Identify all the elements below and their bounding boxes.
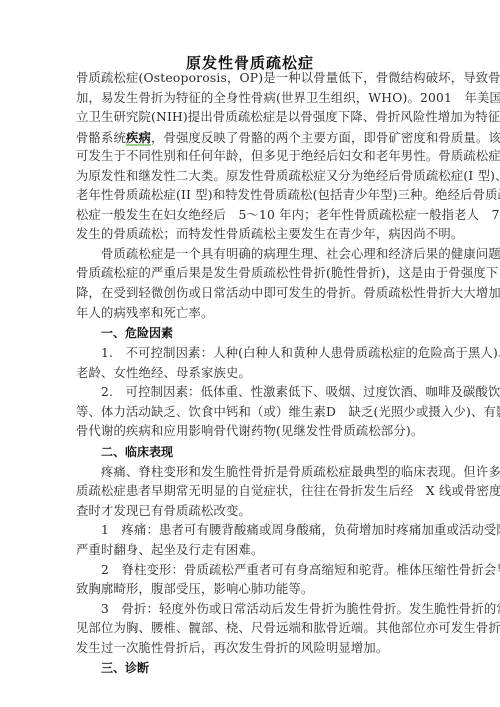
emphasized-word: 疾病	[126, 130, 151, 145]
document-body: 骨质疏松症(Osteoporosis，OP)是一种以骨量低下，骨微结构破坏，导致…	[76, 69, 428, 679]
intro-line-9: 发生的骨质疏松；而特发性骨质疏松主要发生在青少年，病因尚不明。	[76, 225, 428, 245]
risk-item-1-line-2: 老龄、女性绝经、母系家族史。	[76, 364, 428, 384]
intro-line-8: 松症一般发生在妇女绝经后 5～10 年内；老年性骨质疏松症一般指老人 70 岁后	[76, 206, 428, 226]
intro-line-4-prefix: 骨骼系统	[76, 131, 126, 145]
risk-item-2-line-1: 2. 可控制因素：低体重、性激素低下、吸烟、过度饮酒、咖啡及碳酸饮料	[76, 383, 428, 403]
section-heading-risk-factors: 一、危险因素	[76, 323, 428, 344]
para2-line-3: 降，在受到轻微创伤或日常活动中即可发生的骨折。骨质疏松性骨折大大增加了老	[76, 284, 428, 304]
intro-line-6: 为原发性和继发性二大类。原发性骨质疏松症又分为绝经后骨质疏松症(I 型)、	[76, 167, 428, 187]
intro-line-4-suffix: ，骨强度反映了骨骼的两个主要方面，即骨矿密度和骨质量。该病	[151, 131, 500, 145]
clinical-item-1-line-1: 1 疼痛：患者可有腰背酸痛或周身酸痛，负荷增加时疼痛加重或活动受限，	[76, 521, 428, 541]
intro-line-3: 立卫生研究院(NIH)提出骨质疏松症是以骨强度下降、骨折风险性增加为特征的	[76, 108, 428, 128]
intro-line-2: 加，易发生骨折为特征的全身性骨病(世界卫生组织，WHO)。2001 年美国国	[76, 89, 428, 109]
risk-item-2-line-2: 等、体力活动缺乏、饮食中钙和（或）维生素D 缺乏(光照少或摄入少)、有影响	[76, 403, 428, 423]
document-page: 原发性骨质疏松症 骨质疏松症(Osteoporosis，OP)是一种以骨量低下，…	[0, 0, 500, 707]
clinical-intro-line-3: 查时才发现已有骨质疏松改变。	[76, 502, 428, 522]
para2-line-4: 年人的病残率和死亡率。	[76, 304, 428, 324]
risk-item-2-line-3: 骨代谢的疾病和应用影响骨代谢药物(见继发性骨质疏松部分)。	[76, 422, 428, 442]
section-heading-clinical: 二、临床表现	[76, 442, 428, 463]
risk-item-1-line-1: 1. 不可控制因素：人种(白种人和黄种人患骨质疏松症的危险高于黑人)、	[76, 344, 428, 364]
intro-line-5: 可发生于不同性别和任何年龄，但多见于绝经后妇女和老年男性。骨质疏松症分	[76, 147, 428, 167]
clinical-item-3-line-3: 发生过一次脆性骨折后，再次发生骨折的风险明显增加。	[76, 639, 428, 659]
para2-line-1: 骨质疏松症是一个具有明确的病理生理、社会心理和经济后果的健康问题。	[76, 245, 428, 265]
intro-line-1: 骨质疏松症(Osteoporosis，OP)是一种以骨量低下，骨微结构破坏，导致…	[76, 69, 428, 89]
section-heading-diagnosis: 三、诊断	[76, 658, 428, 679]
clinical-item-1-line-2: 严重时翻身、起坐及行走有困难。	[76, 541, 428, 561]
clinical-intro-line-1: 疼痛、脊柱变形和发生脆性骨折是骨质疏松症最典型的临床表现。但许多骨	[76, 463, 428, 483]
clinical-item-3-line-1: 3 骨折：轻度外伤或日常活动后发生骨折为脆性骨折。发生脆性骨折的常	[76, 600, 428, 620]
clinical-intro-line-2: 质疏松症患者早期常无明显的自觉症状，往往在骨折发生后经 X 线或骨密度检	[76, 482, 428, 502]
intro-line-7: 老年性骨质疏松症(II 型)和特发性骨质疏松(包括青少年型)三种。绝经后骨质疏	[76, 186, 428, 206]
clinical-item-2-line-2: 致胸廓畸形，腹部受压，影响心肺功能等。	[76, 580, 428, 600]
intro-line-4: 骨骼系统疾病，骨强度反映了骨骼的两个主要方面，即骨矿密度和骨质量。该病	[76, 128, 428, 148]
clinical-item-2-line-1: 2 脊柱变形：骨质疏松严重者可有身高缩短和驼背。椎体压缩性骨折会导	[76, 561, 428, 581]
clinical-item-3-line-2: 见部位为胸、腰椎、髋部、桡、尺骨远端和肱骨近端。其他部位亦可发生骨折。	[76, 619, 428, 639]
para2-line-2: 骨质疏松症的严重后果是发生骨质疏松性骨折(脆性骨折)，这是由于骨强度下	[76, 264, 428, 284]
